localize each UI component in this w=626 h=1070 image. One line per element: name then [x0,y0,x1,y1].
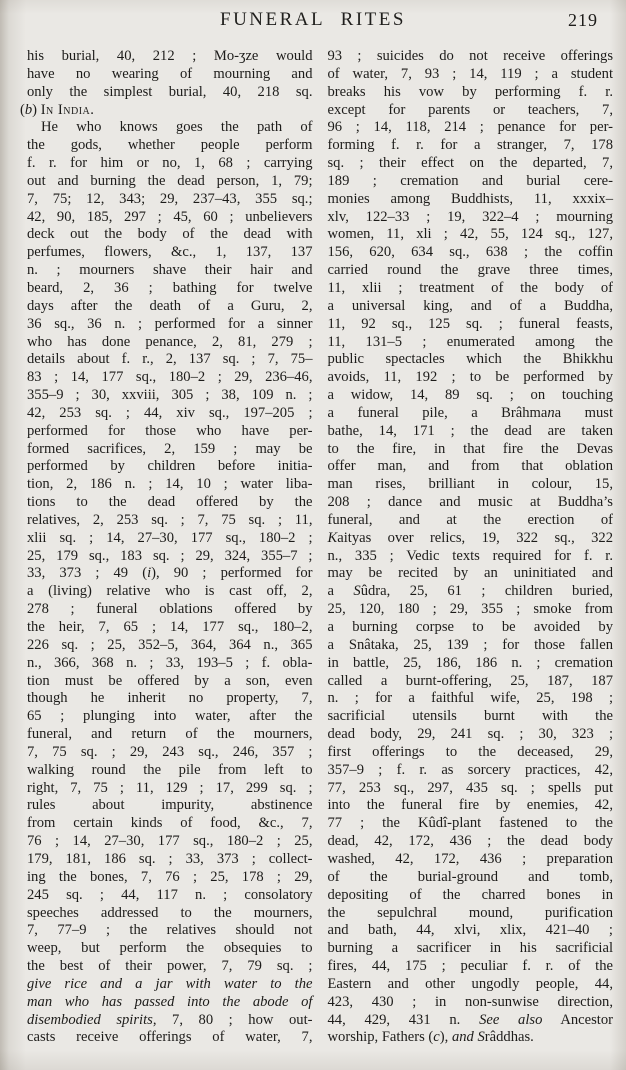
index-text-line: the heir, 7, 65 ; 14, 177 sq., 180–2, [27,619,313,637]
text-run: 11, 131–5 ; enumerated among the [328,334,614,350]
text-run: 7, 75; 12, 343; 29, 237–43, 355 sq.; [27,191,313,207]
index-text-line: forming f. r. for a stranger, 7, 178 [328,137,614,155]
text-run: the heir, 7, 65 ; 14, 177 sq., 180–2, [27,619,313,635]
index-text-line: give rice and a jar with water to the [27,976,313,994]
index-text-line: 226 sq. ; 25, 352–5, 364, 364 n., 365 [27,637,313,655]
text-run: tions to the dead offered by the [27,494,313,510]
index-text-line: except for parents or teachers, 7, [328,102,614,120]
index-text-line: 355–9 ; 30, xxviii, 305 ; 38, 109 n. ; [27,387,313,405]
index-text-line: funeral, and return of the mourners, [27,726,313,744]
index-text-line: public spectacles which the Bhikkhu [328,351,614,369]
index-text-line: rules about impurity, abstinence [27,797,313,815]
text-run: tion must be offered by a son, even [27,673,313,689]
text-run: perfumes, flowers, &c., 1, 137, 137 [27,244,313,260]
index-text-line: though he inherit no property, 7, [27,690,313,708]
text-run: 278 ; funeral oblations offered by [27,601,313,617]
index-text-line: offer man, and from that oblation [328,458,614,476]
text-run: to the fire, in that fire the Devas [328,441,614,457]
text-run: ), 90 ; performed for [151,565,312,581]
index-text-line: 44, 429, 431 n. See also Ancestor [328,1012,614,1030]
text-run: fires, 44, 175 ; peculiar f. r. of the [328,958,614,974]
text-run: 25, 179 sq., 183 sq. ; 29, 324, 355–7 ; [27,548,313,564]
index-text-line: casts receive offerings of water, 7, [27,1029,313,1047]
text-run: 33, 373 ; 49 ( [27,565,147,581]
text-run: give rice and a jar with water to the [27,976,313,992]
text-run: man who has passed into the abode of [27,994,313,1010]
text-run: 245 sq. ; 44, 117 n. ; consolatory [27,887,313,903]
index-text-line: and bath, 44, xlvi, xlix, 421–40 ; [328,922,614,940]
index-text-line: 77 ; the Kûdî-plant fastened to the [328,815,614,833]
index-text-line: 42, 90, 185, 297 ; 45, 60 ; unbelievers [27,209,313,227]
index-text-line: a burning corpse to be avoided by [328,619,614,637]
left-column: his burial, 40, 212 ; Mo-ʒze wouldhave n… [27,48,313,1047]
index-text-line: out and burning the dead person, 1, 79; [27,173,313,191]
text-run: in battle, 25, 186, 186 n. ; cremation [328,655,614,671]
index-text-line: called a burnt-offering, 25, 187, 187 [328,673,614,691]
index-text-line: worship, Fathers (c), and Srâddhas. [328,1029,614,1047]
index-text-line: 278 ; funeral oblations offered by [27,601,313,619]
index-text-line: (b) In India. [20,102,313,120]
index-text-line: may be recited by an uninitiated and [328,565,614,583]
index-text-line: breaks his vow by performing f. r. [328,84,614,102]
index-text-line: burning a sacrificer in his sacrificial [328,940,614,958]
index-text-line: details about f. r., 2, 137 sq. ; 7, 75– [27,351,313,369]
index-text-line: 33, 373 ; 49 (i), 90 ; performed for [27,565,313,583]
index-text-line: tion must be offered by a son, even [27,673,313,691]
text-run: 226 sq. ; 25, 352–5, 364, 364 n., 365 [27,637,313,653]
text-run: his burial, 40, 212 ; Mo-ʒze would [27,48,313,64]
index-text-line: bathe, 14, 171 ; the dead are taken [328,423,614,441]
index-text-line: a Snâtaka, 25, 139 ; for those fallen [328,637,614,655]
page-header: FUNERAL RITES 219 [0,0,626,47]
index-text-line: weep, but perform the obsequies to [27,940,313,958]
text-run: from certain kinds of food, &c., 7, [27,815,313,831]
text-run: a [328,583,354,599]
text-run: performed for those who have per- [27,423,313,439]
index-text-line: dead body, 29, 241 sq. ; 30, 323 ; [328,726,614,744]
text-run: râddhas. [485,1029,534,1045]
text-run: though he inherit no property, 7, [27,690,313,706]
index-text-line: funeral, and at the erection of [328,512,614,530]
index-text-line: deck out the body of the dead with [27,226,313,244]
index-text-line: the sepulchral mound, purification [328,905,614,923]
index-text-line: 76 ; 14, 27–30, 177 sq., 180–2 ; 25, [27,833,313,851]
text-run: n [547,405,554,421]
text-run: breaks his vow by performing f. r. [328,84,614,100]
index-text-line: 83 ; 14, 177 sq., 180–2 ; 29, 236–46, [27,369,313,387]
text-run: details about f. r., 2, 137 sq. ; 7, 75– [27,351,313,367]
text-run: 355–9 ; 30, xxviii, 305 ; 38, 109 n. ; [27,387,313,403]
index-text-line: a (living) relative who is cast off, 2, [27,583,313,601]
index-text-line: women, 11, xli ; 42, 55, 124 sq., 127, [328,226,614,244]
right-column: 93 ; suicides do not receive offeringsof… [328,48,614,1047]
text-run: man rises, brilliant in colour, 15, [328,476,614,492]
text-run: right, 7, 75 ; 11, 129 ; 17, 299 sq. ; [27,780,313,796]
index-text-line: sq. ; their effect on the departed, 7, [328,155,614,173]
text-run: called a burnt-offering, 25, 187, 187 [328,673,614,689]
index-text-line: 189 ; cremation and burial cere- [328,173,614,191]
index-text-line: 25, 120, 180 ; 29, 355 ; smoke from [328,601,614,619]
text-run: a burning corpse to be avoided by [328,619,614,635]
index-text-line: depositing of the charred bones in [328,887,614,905]
index-text-line: to the fire, in that fire the Devas [328,441,614,459]
text-run: forming f. r. for a stranger, 7, 178 [328,137,614,153]
text-run: 83 ; 14, 177 sq., 180–2 ; 29, 236–46, [27,369,313,385]
page-number: 219 [568,10,598,31]
index-text-line: into the funeral fire by enemies, 42, [328,797,614,815]
index-text-line: 93 ; suicides do not receive offerings [328,48,614,66]
index-text-line: tions to the dead offered by the [27,494,313,512]
text-run: K [328,530,338,546]
index-text-line: tion, 2, 186 n. ; 14, 10 ; water liba- [27,476,313,494]
text-run: into the funeral fire by enemies, 42, [328,797,614,813]
index-text-line: 423, 430 ; in non-sunwise direction, [328,994,614,1012]
text-run: a (living) relative who is cast off, 2, [27,583,313,599]
index-text-line: fires, 44, 175 ; peculiar f. r. of the [328,958,614,976]
text-run: xlii sq. ; 14, 27–30, 177 sq., 180–2 ; [27,530,313,546]
text-run: 42, 90, 185, 297 ; 45, 60 ; unbelievers [27,209,313,225]
text-run: burning a sacrificer in his sacrificial [328,940,614,956]
text-run: funeral, and at the erection of [328,512,614,528]
text-run: S [478,1029,485,1045]
text-run: 65 ; plunging into water, after the [27,708,313,724]
text-run: 208 ; dance and music at Buddha’s [328,494,614,510]
index-text-line: walking round the pile from left to [27,762,313,780]
text-run: 36 sq., 36 n. ; performed for a sinner [27,316,313,332]
text-run: 357–9 ; f. r. as sorcery practices, 42, [328,762,614,778]
text-run: carried round the grave three times, [328,262,614,278]
text-run: of the burial-ground and tomb, [328,869,614,885]
index-text-line: man who has passed into the abode of [27,994,313,1012]
index-text-line: 357–9 ; f. r. as sorcery practices, 42, [328,762,614,780]
text-run: 7, 75 sq. ; 29, 243 sq., 246, 357 ; [27,744,313,760]
text-run: 156, 620, 634 sq., 638 ; the coffin [328,244,614,260]
text-run: disembodied spirits [27,1012,153,1028]
text-run: a widow, 14, 89 sq. ; on touching [328,387,614,403]
text-run: , 7, 80 ; how out- [153,1012,313,1028]
text-run: 77 ; the Kûdî-plant fastened to the [328,815,614,831]
index-text-line: Eastern and other ungodly people, 44, [328,976,614,994]
index-text-line: Kaityas over relics, 19, 322 sq., 322 [328,530,614,548]
text-run: a universal king, and of a Buddha, [328,298,614,314]
text-run: the best of their power, 7, 79 sq. ; [27,958,313,974]
text-run: deck out the body of the dead with [27,226,313,242]
text-run: 76 ; 14, 27–30, 177 sq., 180–2 ; 25, [27,833,313,849]
text-run: weep, but perform the obsequies to [27,940,313,956]
index-text-line: 7, 77–9 ; the relatives should not [27,922,313,940]
text-run: 42, 253 sq. ; 44, xiv sq., 197–205 ; [27,405,313,421]
text-run: 25, 120, 180 ; 29, 355 ; smoke from [328,601,614,617]
text-run: xlv, 122–33 ; 19, 322–4 ; mourning [328,209,614,225]
text-run: 179, 181, 186 sq. ; 33, 373 ; collect- [27,851,313,867]
index-text-line: 25, 179 sq., 183 sq. ; 29, 324, 355–7 ; [27,548,313,566]
index-text-line: in battle, 25, 186, 186 n. ; cremation [328,655,614,673]
index-text-line: who has done penance, 2, 81, 279 ; [27,334,313,352]
index-text-line: 7, 75 sq. ; 29, 243 sq., 246, 357 ; [27,744,313,762]
index-text-line: n., 335 ; Vedic texts required for f. r. [328,548,614,566]
text-run: the sepulchral mound, purification [328,905,614,921]
text-run: who has done penance, 2, 81, 279 ; [27,334,313,350]
text-run: See also [479,1012,542,1028]
index-text-line: ing the bones, 7, 76 ; 25, 178 ; 29, [27,869,313,887]
index-text-line: the best of their power, 7, 79 sq. ; [27,958,313,976]
index-text-line: 36 sq., 36 n. ; performed for a sinner [27,316,313,334]
text-run: rules about impurity, abstinence [27,797,313,813]
text-run: casts receive offerings of water, 7, [27,1029,313,1045]
index-text-line: 11, xlii ; treatment of the body of [328,280,614,298]
text-run: n. ; for a faithful wife, 25, 198 ; [328,690,614,706]
text-run: dead body, 29, 241 sq. ; 30, 323 ; [328,726,614,742]
index-text-line: 11, 92 sq., 125 sq. ; funeral feasts, [328,316,614,334]
text-run: formed sacrifices, 2, 159 ; may be [27,441,313,457]
index-text-line: 245 sq. ; 44, 117 n. ; consolatory [27,887,313,905]
index-text-line: sacrificial utensils burnt with the [328,708,614,726]
text-run: first offerings to the deceased, 29, [328,744,614,760]
index-text-line: 11, 131–5 ; enumerated among the [328,334,614,352]
index-text-line: avoids, 11, 192 ; to be performed by [328,369,614,387]
index-text-line: 179, 181, 186 sq. ; 33, 373 ; collect- [27,851,313,869]
index-text-line: performed by children before initia- [27,458,313,476]
text-run: sacrificial utensils burnt with the [328,708,614,724]
text-run: and [452,1029,474,1045]
index-text-line: xlii sq. ; 14, 27–30, 177 sq., 180–2 ; [27,530,313,548]
index-text-line: 208 ; dance and music at Buddha’s [328,494,614,512]
index-text-line: 42, 253 sq. ; 44, xiv sq., 197–205 ; [27,405,313,423]
index-text-line: carried round the grave three times, [328,262,614,280]
text-run: a must [555,405,613,421]
text-run: sq. ; their effect on the departed, 7, [328,155,614,171]
index-text-line: a Sûdra, 25, 61 ; children buried, [328,583,614,601]
text-run: Eastern and other ungodly people, 44, [328,976,614,992]
index-text-line: monies among Buddhists, 11, xxxix– [328,191,614,209]
text-run: speeches addressed to the mourners, [27,905,313,921]
index-text-line: of the burial-ground and tomb, [328,869,614,887]
book-page: FUNERAL RITES 219 his burial, 40, 212 ; … [0,0,626,1070]
text-run: ) [32,102,41,118]
index-text-line: man rises, brilliant in colour, 15, [328,476,614,494]
index-text-line: from certain kinds of food, &c., 7, [27,815,313,833]
text-run: 189 ; cremation and burial cere- [328,173,614,189]
text-run: washed, 42, 172, 436 ; preparation [328,851,614,867]
text-run: Ancestor [542,1012,613,1028]
index-text-line: first offerings to the deceased, 29, [328,744,614,762]
index-text-line: dead, 42, 172, 436 ; the dead body [328,833,614,851]
index-text-line: 77, 253 sq., 297, 435 sq. ; spells put [328,780,614,798]
text-run: S [353,583,360,599]
text-run: offer man, and from that oblation [328,458,614,474]
text-run: He who knows goes the path of [41,119,313,135]
index-text-line: the gods, whether people perform [27,137,313,155]
text-run: bathe, 14, 171 ; the dead are taken [328,423,614,439]
index-text-line: only the simplest burial, 40, 218 sq. [27,84,313,102]
text-run: 93 ; suicides do not receive offerings [328,48,614,64]
text-run: 7, 77–9 ; the relatives should not [27,922,313,938]
index-text-line: speeches addressed to the mourners, [27,905,313,923]
text-run: performed by children before initia- [27,458,313,474]
text-run: n., 366, 368 n. ; 33, 193–5 ; f. obla- [27,655,313,671]
text-run: women, 11, xli ; 42, 55, 124 sq., 127, [328,226,614,242]
index-text-line: 65 ; plunging into water, after the [27,708,313,726]
text-run: ), [440,1029,452,1045]
text-run: days after the death of a Guru, 2, [27,298,313,314]
text-run: a Snâtaka, 25, 139 ; for those fallen [328,637,614,653]
text-run: may be recited by an uninitiated and [328,565,614,581]
index-text-line: his burial, 40, 212 ; Mo-ʒze would [27,48,313,66]
text-run: funeral, and return of the mourners, [27,726,313,742]
text-run: tion, 2, 186 n. ; 14, 10 ; water liba- [27,476,313,492]
text-run: out and burning the dead person, 1, 79; [27,173,313,189]
text-run: ûdra, 25, 61 ; children buried, [361,583,613,599]
text-run: 423, 430 ; in non-sunwise direction, [328,994,614,1010]
text-run: n. ; mourners shave their hair and [27,262,313,278]
text-run: except for parents or teachers, 7, [328,102,614,118]
text-run: n., 335 ; Vedic texts required for f. r. [328,548,614,564]
index-text-line: n. ; mourners shave their hair and [27,262,313,280]
index-text-line: relatives, 2, 253 sq. ; 7, 75 sq. ; 11, [27,512,313,530]
index-text-line: a funeral pile, a Brâhmana must [328,405,614,423]
text-run: monies among Buddhists, 11, xxxix– [328,191,614,207]
text-run: 11, xlii ; treatment of the body of [328,280,614,296]
text-run: 44, 429, 431 n. [328,1012,480,1028]
index-text-line: 96 ; 14, 118, 214 ; penance for per- [328,119,614,137]
index-columns: his burial, 40, 212 ; Mo-ʒze wouldhave n… [0,47,626,1047]
text-run: and bath, 44, xlvi, xlix, 421–40 ; [328,922,614,938]
index-text-line: xlv, 122–33 ; 19, 322–4 ; mourning [328,209,614,227]
index-text-line: f. r. for him or no, 1, 68 ; carrying [27,155,313,173]
text-run: dead, 42, 172, 436 ; the dead body [328,833,614,849]
index-text-line: of water, 7, 93 ; 14, 119 ; a student [328,66,614,84]
text-run: worship, Fathers ( [328,1029,434,1045]
text-run: 96 ; 14, 118, 214 ; penance for per- [328,119,614,135]
text-run: f. r. for him or no, 1, 68 ; carrying [27,155,313,171]
text-run: 77, 253 sq., 297, 435 sq. ; spells put [328,780,614,796]
text-run: avoids, 11, 192 ; to be performed by [328,369,614,385]
text-run: of water, 7, 93 ; 14, 119 ; a student [328,66,614,82]
text-run: the gods, whether people perform [27,137,313,153]
text-run: depositing of the charred bones in [328,887,614,903]
text-run: relatives, 2, 253 sq. ; 7, 75 sq. ; 11, [27,512,313,528]
index-text-line: disembodied spirits, 7, 80 ; how out- [27,1012,313,1030]
index-text-line: beard, 2, 36 ; bathing for twelve [27,280,313,298]
index-text-line: washed, 42, 172, 436 ; preparation [328,851,614,869]
index-text-line: performed for those who have per- [27,423,313,441]
index-text-line: n. ; for a faithful wife, 25, 198 ; [328,690,614,708]
text-run: In India. [41,102,95,118]
text-run: aityas over relics, 19, 322 sq., 322 [337,530,613,546]
text-run: a funeral pile, a Brâhma [328,405,548,421]
index-text-line: 156, 620, 634 sq., 638 ; the coffin [328,244,614,262]
index-text-line: He who knows goes the path of [27,119,313,137]
text-run: walking round the pile from left to [27,762,313,778]
text-run: public spectacles which the Bhikkhu [328,351,614,367]
text-run: 11, 92 sq., 125 sq. ; funeral feasts, [328,316,614,332]
index-text-line: perfumes, flowers, &c., 1, 137, 137 [27,244,313,262]
index-text-line: n., 366, 368 n. ; 33, 193–5 ; f. obla- [27,655,313,673]
index-text-line: 7, 75; 12, 343; 29, 237–43, 355 sq.; [27,191,313,209]
text-run: beard, 2, 36 ; bathing for twelve [27,280,313,296]
text-run: ing the bones, 7, 76 ; 25, 178 ; 29, [27,869,313,885]
text-run: only the simplest burial, 40, 218 sq. [27,84,313,100]
text-run: have no wearing of mourning and [27,66,313,82]
index-text-line: a widow, 14, 89 sq. ; on touching [328,387,614,405]
index-text-line: formed sacrifices, 2, 159 ; may be [27,441,313,459]
index-text-line: days after the death of a Guru, 2, [27,298,313,316]
index-text-line: right, 7, 75 ; 11, 129 ; 17, 299 sq. ; [27,780,313,798]
page-title: FUNERAL RITES [0,9,626,31]
index-text-line: a universal king, and of a Buddha, [328,298,614,316]
index-text-line: have no wearing of mourning and [27,66,313,84]
